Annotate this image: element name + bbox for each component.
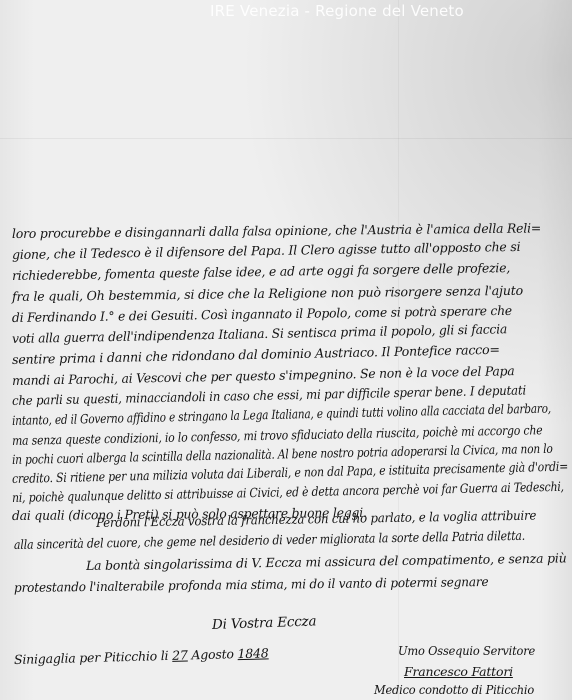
body-line: richiederebbe, fomenta queste false idee…	[12, 260, 510, 283]
closing-line: La bontà singolarissima di V. Eccza mi a…	[86, 550, 567, 573]
date-day: 27	[172, 647, 188, 662]
salutation: Di Vostra Eccza	[212, 613, 317, 633]
signature-line: Umo Ossequio Servitore	[398, 644, 535, 658]
date-month: Agosto	[191, 646, 234, 662]
closing-line: alla sincerità del cuore, che geme nel d…	[14, 528, 525, 552]
closing-line: protestando l'inalterabile profonda mia …	[14, 574, 489, 595]
body-line: gione, che il Tedesco è il difensore del…	[12, 239, 521, 262]
place-date: Sinigaglia per Piticchio li 27 Agosto 18…	[14, 645, 269, 667]
body-line: fra le quali, Oh bestemmia, si dice che …	[12, 283, 523, 304]
archive-watermark: IRE Venezia - Regione del Veneto	[210, 2, 464, 20]
body-line: loro procurebbe e disingannarli dalla fa…	[12, 220, 541, 241]
body-line: sentire prima i danni che ridondano dal …	[12, 342, 500, 367]
signature-name: Francesco Fattori	[404, 664, 513, 679]
date-year: 1848	[237, 645, 268, 661]
signature-title: Medico condotto di Piticchio	[374, 683, 534, 697]
place: Sinigaglia per Piticchio li	[14, 648, 169, 667]
manuscript-page: IRE Venezia - Regione del Veneto loro pr…	[0, 0, 572, 700]
paper-fold-horizontal	[0, 138, 572, 139]
